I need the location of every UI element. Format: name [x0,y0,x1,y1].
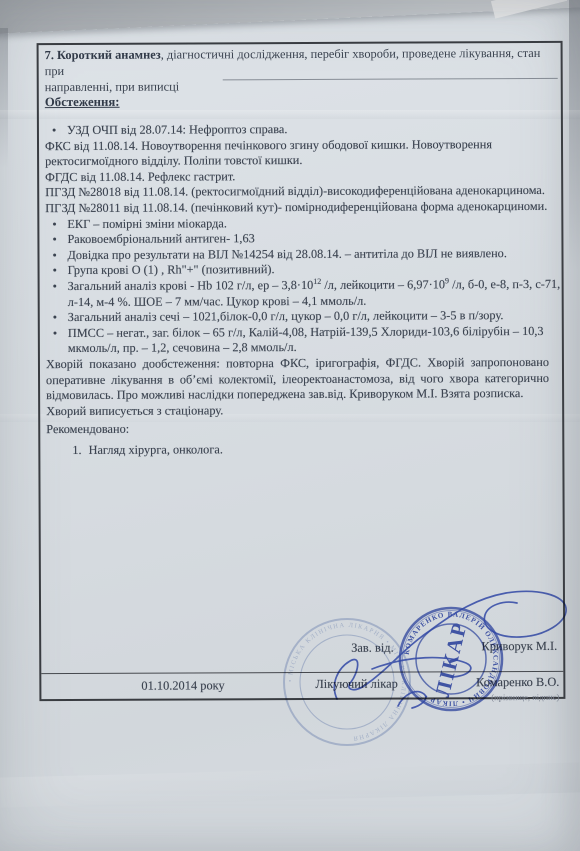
recommended-label: Рекомендовано: [46,420,549,438]
attending-doctor-label: Лікуючий лікар [315,677,397,692]
photo-edge-shadow-right [569,0,580,270]
photo-edge-shadow-left [0,28,8,168]
findings-and-summary: УЗД ОЧП від 28.07.14: Нефроптоз справа.Ф… [45,121,549,459]
section-header: 7. Короткий анамнез, діагностичні дослід… [45,46,555,96]
section-header-line2: направленні, при виписці [45,79,179,94]
attending-doctor-name: Комаренко В.О. [476,675,559,690]
section-header-bold: 7. Короткий анамнез [45,48,161,63]
document-date: 01.10.2014 року [141,678,224,693]
head-of-department-label: Зав. від. [351,641,394,656]
subsection-title: Обстеження: [45,95,120,110]
anamnesis-form-box: 7. Короткий анамнез, діагностичні дослід… [37,41,566,701]
paper-crease [0,762,580,807]
paper-corner-sliver [491,0,567,19]
signature-row-divider [41,671,563,674]
signature-caption: (прізвище, підпис) [491,692,559,702]
summary-line: Хворий виписується з стаціонару. [46,402,549,420]
recommendation-item: 1.Нагляд хірурга, онколога. [46,441,549,459]
scanned-document-photo: 7. Короткий анамнез, діагностичні дослід… [0,0,580,851]
head-of-department-name: Криворук М.І. [481,639,557,654]
